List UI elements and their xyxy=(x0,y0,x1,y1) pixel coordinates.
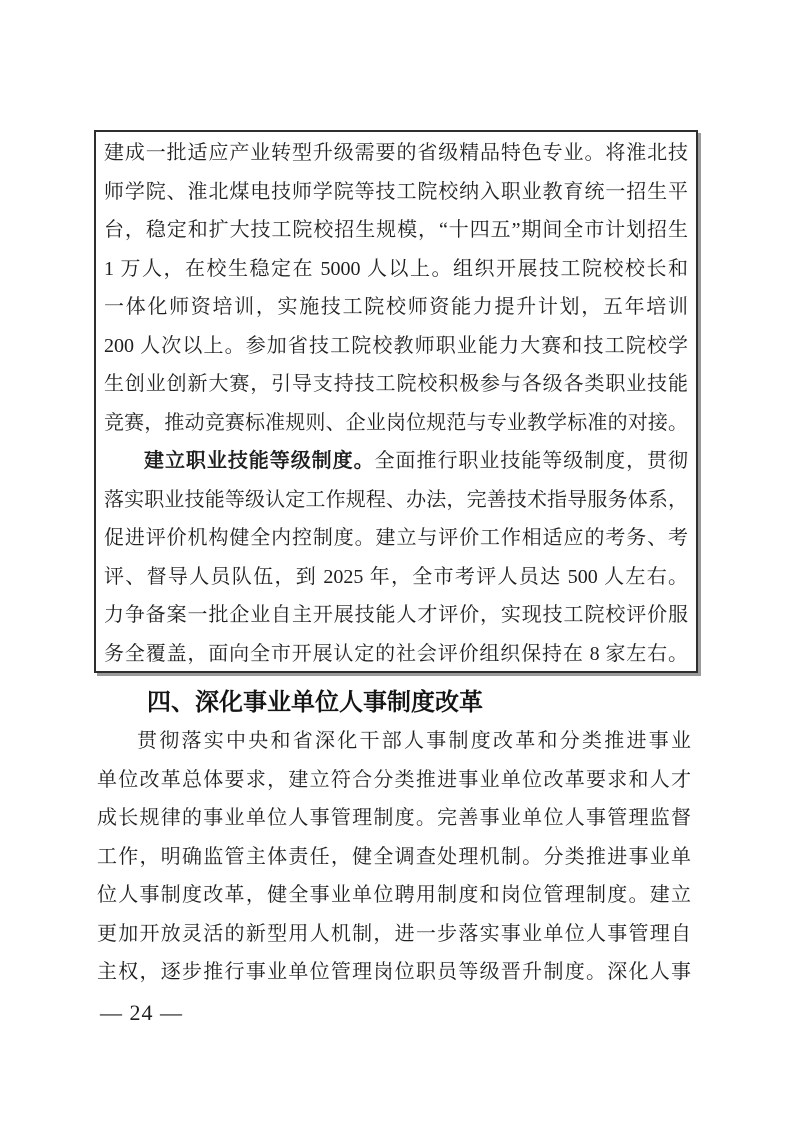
page-number-footer: — 24 — xyxy=(100,1000,183,1026)
line-text: 单位改革总体要求，建立符合分类推进事业单位改革要求和人才 xyxy=(97,769,691,791)
text-line: 务全覆盖，面向全市开展认定的社会评价组织保持在 8 家左右。 xyxy=(104,635,688,674)
line-text: 更加开放灵活的新型用人机制，进一步落实事业单位人事管理自 xyxy=(97,923,691,945)
line-text: 竞赛，推动竞赛标准规则、企业岗位规范与专业教学标准的对接。 xyxy=(104,412,688,434)
line-text: 师学院、淮北煤电技师学院等技工院校纳入职业教育统一招生平 xyxy=(104,181,688,203)
text-line: 更加开放灵活的新型用人机制，进一步落实事业单位人事管理自 xyxy=(97,915,691,954)
text-line: 单位改革总体要求，建立符合分类推进事业单位改革要求和人才 xyxy=(97,761,691,800)
text-line: 师学院、淮北煤电技师学院等技工院校纳入职业教育统一招生平 xyxy=(104,173,688,212)
line-text: 成长规律的事业单位人事管理制度。完善事业单位人事管理监督 xyxy=(97,807,691,829)
line-text: 促进评价机构健全内控制度。建立与评价工作相适应的考务、考 xyxy=(104,527,688,549)
document-page: 建成一批适应产业转型升级需要的省级精品特色专业。将淮北技 师学院、淮北煤电技师学… xyxy=(0,0,793,1122)
text-line: 工作，明确监管主体责任，健全调查处理机制。分类推进事业单 xyxy=(97,838,691,877)
line-text: 200 人次以上。参加省技工院校教师职业能力大赛和技工院校学 xyxy=(104,335,688,357)
line-text: 一体化师资培训，实施技工院校师资能力提升计划，五年培训 xyxy=(104,296,688,318)
text-line: 贯彻落实中央和省深化干部人事制度改革和分类推进事业 xyxy=(97,722,691,761)
bold-lead-in: 建立职业技能等级制度。 xyxy=(144,450,375,472)
line-text: 台，稳定和扩大技工院校招生规模，“十四五”期间全市计划招生 xyxy=(104,219,688,241)
line-text: 建成一批适应产业转型升级需要的省级精品特色专业。将淮北技 xyxy=(104,142,688,164)
line-text: 贯彻落实中央和省深化干部人事制度改革和分类推进事业 xyxy=(137,730,691,752)
line-text: 落实职业技能等级认定工作规程、办法，完善技术指导服务体系， xyxy=(104,489,688,511)
text-line: 生创业创新大赛，引导支持技工院校积极参与各级各类职业技能 xyxy=(104,365,688,404)
text-line: 竞赛，推动竞赛标准规则、企业岗位规范与专业教学标准的对接。 xyxy=(104,404,688,443)
line-text: 力争备案一批企业自主开展技能人才评价，实现技工院校评价服 xyxy=(104,604,688,626)
text-line: 位人事制度改革，健全事业单位聘用制度和岗位管理制度。建立 xyxy=(97,876,691,915)
line-text: 1 万人，在校生稳定在 5000 人以上。组织开展技工院校校长和 xyxy=(104,258,688,280)
line-text: 务全覆盖，面向全市开展认定的社会评价组织保持在 8 家左右。 xyxy=(104,643,688,665)
line-text: 主权，逐步推行事业单位管理岗位职员等级晋升制度。深化人事 xyxy=(97,961,691,983)
text-line: 落实职业技能等级认定工作规程、办法，完善技术指导服务体系， xyxy=(104,481,688,520)
text-line: 一体化师资培训，实施技工院校师资能力提升计划，五年培训 xyxy=(104,288,688,327)
line-text: 全面推行职业技能等级制度，贯彻 xyxy=(375,450,688,472)
text-line: 成长规律的事业单位人事管理制度。完善事业单位人事管理监督 xyxy=(97,799,691,838)
text-line: 主权，逐步推行事业单位管理岗位职员等级晋升制度。深化人事 xyxy=(97,953,691,992)
section-heading: 四、深化事业单位人事制度改革 xyxy=(147,682,483,717)
text-line: 促进评价机构健全内控制度。建立与评价工作相适应的考务、考 xyxy=(104,519,688,558)
text-line: 建立职业技能等级制度。全面推行职业技能等级制度，贯彻 xyxy=(104,442,688,481)
text-line: 力争备案一批企业自主开展技能人才评价，实现技工院校评价服 xyxy=(104,596,688,635)
line-text: 生创业创新大赛，引导支持技工院校积极参与各级各类职业技能 xyxy=(104,373,688,395)
text-line: 1 万人，在校生稳定在 5000 人以上。组织开展技工院校校长和 xyxy=(104,250,688,289)
line-text: 工作，明确监管主体责任，健全调查处理机制。分类推进事业单 xyxy=(97,846,691,868)
body-paragraph: 贯彻落实中央和省深化干部人事制度改革和分类推进事业 单位改革总体要求，建立符合分… xyxy=(97,722,691,992)
text-line: 建成一批适应产业转型升级需要的省级精品特色专业。将淮北技 xyxy=(104,134,688,173)
bordered-text-box: 建成一批适应产业转型升级需要的省级精品特色专业。将淮北技 师学院、淮北煤电技师学… xyxy=(94,130,698,673)
text-line: 200 人次以上。参加省技工院校教师职业能力大赛和技工院校学 xyxy=(104,327,688,366)
line-text: 位人事制度改革，健全事业单位聘用制度和岗位管理制度。建立 xyxy=(97,884,691,906)
line-text: 评、督导人员队伍，到 2025 年，全市考评人员达 500 人左右。 xyxy=(104,566,688,588)
text-line: 评、督导人员队伍，到 2025 年，全市考评人员达 500 人左右。 xyxy=(104,558,688,597)
text-line: 台，稳定和扩大技工院校招生规模，“十四五”期间全市计划招生 xyxy=(104,211,688,250)
